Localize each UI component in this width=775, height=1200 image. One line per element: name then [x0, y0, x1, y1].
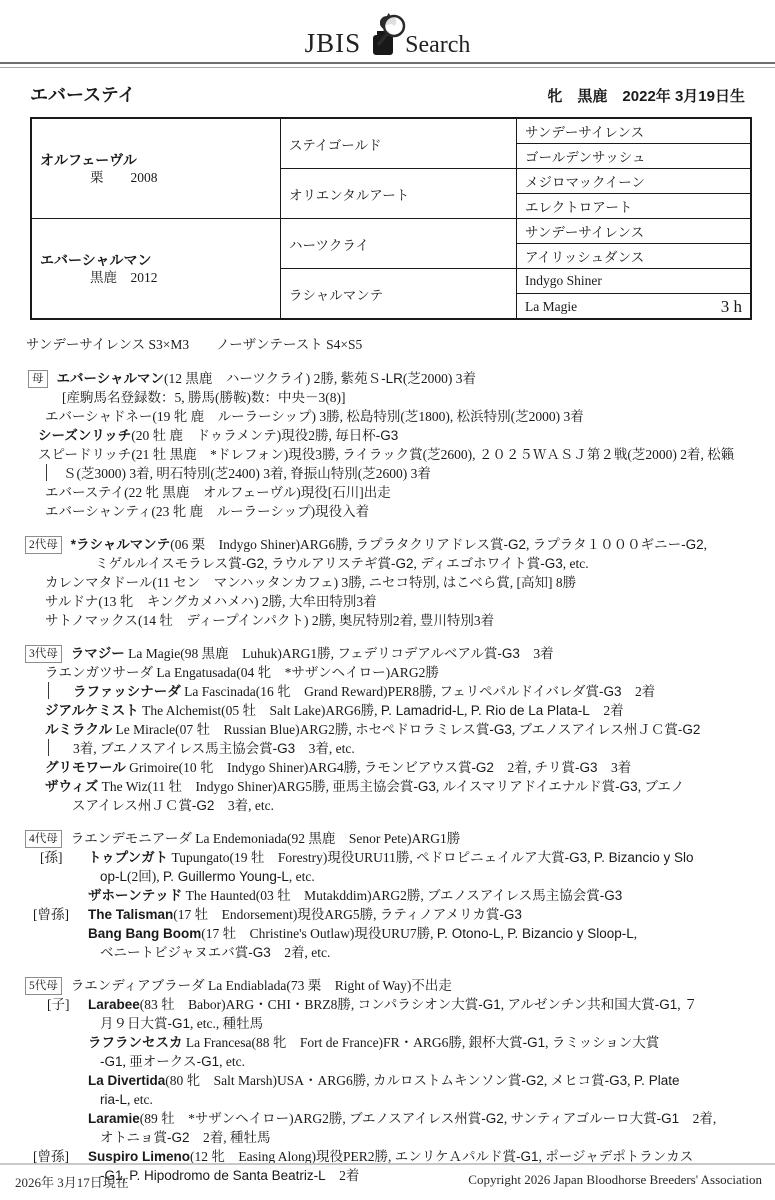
plain-text: La Magie(98 黒鹿 Luhuk)ARG1勝, — [125, 646, 338, 661]
pedigree-line: ザウィズ The Wiz(11 牡 Indygo Shiner)ARG5勝, 亜… — [0, 777, 775, 796]
race-or-name-text: P. Rio de La Plata-L — [471, 703, 590, 718]
race-or-name-text: ディエゴホワイト賞-G3 — [420, 556, 563, 571]
race-or-name-text: オトニョ賞-G2 — [100, 1130, 189, 1145]
plain-text: 2着, etc. — [271, 945, 331, 960]
gen3-cell: Indygo Shiner — [517, 269, 752, 294]
generation-label: 3代母 — [25, 645, 62, 663]
race-or-name-text: 紫苑Ｓ-LR — [341, 371, 403, 386]
pedigree-line: ルミラクル Le Miracle(07 牡 Russian Blue)ARG2勝… — [0, 720, 775, 739]
plain-text: エバーシャンティ(23 牝 鹿 ルーラーシップ)現役入着 — [45, 504, 369, 519]
race-or-name-text: アルゼンチン共和国大賞-G1 — [507, 997, 677, 1012]
horse-birth-info: 牝 黒鹿 2022年 3月19日生 — [547, 85, 745, 106]
plain-text: (80 牝 Salt Marsh)USA・ARG6勝, — [165, 1073, 373, 1088]
plain-text: , — [545, 1035, 552, 1050]
race-or-name-text: P. Plate — [634, 1073, 680, 1088]
race-or-name-text: フェリペパルドイバレダ賞-G3 — [439, 684, 621, 699]
plain-text: , — [512, 722, 519, 737]
horse-title: エバーステイ — [30, 81, 135, 107]
pedigree-line: ラファッシナーダ La Fascinada(16 牝 Grand Reward)… — [0, 682, 775, 701]
race-or-name-text: 明石特別 — [156, 466, 210, 481]
pedigree-line: カレンマタドール(11 セン マンハッタンカフェ) 3勝, ニセコ特別, はこべ… — [0, 573, 775, 592]
gen2-cell: オリエンタルアート — [281, 169, 517, 219]
footer-copyright: Copyright 2026 Japan Bloodhorse Breeders… — [468, 1172, 762, 1191]
plain-text: (06 栗 Indygo Shiner)ARG6勝, — [170, 537, 355, 552]
race-or-name-text: サトノマックス — [45, 613, 138, 628]
plain-text: (13 牝 キングカメハメハ) 2勝, — [98, 594, 289, 609]
inbreeding-line: サンデーサイレンス S3×M3 ノーザンテースト S4×S5 — [26, 333, 775, 353]
plain-text: , — [504, 1111, 511, 1126]
plain-text: , — [587, 850, 594, 865]
table-row: オルフェーヴル 栗 2008 ステイゴールド サンデーサイレンス — [31, 118, 751, 144]
pedigree-line: エバーシャンティ(23 牝 鹿 ルーラーシップ)現役入着 — [0, 502, 775, 521]
pedigree-line: 3着, ブエノスアイレス馬主協会賞-G3 3着, etc. — [0, 739, 775, 758]
horse-name: La Divertida — [88, 1073, 165, 1088]
pedigree-body: 母エバーシャルマン(12 黒鹿 ハーツクライ) 2勝, 紫苑Ｓ-LR(芝2000… — [0, 369, 775, 1185]
pedigree-line: エバーシャドネー(19 牝 鹿 ルーラーシップ) 3勝, 松島特別(芝1800)… — [0, 407, 775, 426]
pedigree-section: 4代母ラエンデモニアーダ La Endemoniada(92 黒鹿 Senor … — [0, 829, 775, 962]
table-row: エバーシャルマン 黒鹿 2012 ハーツクライ サンデーサイレンス — [31, 219, 751, 244]
race-or-name-text: ブエノ — [644, 779, 684, 794]
plain-text: The Haunted(03 牡 Mutakddim)ARG2勝, — [182, 888, 427, 903]
plain-text: (17 牡 Endorsement)現役ARG5勝, — [173, 907, 380, 922]
race-or-name-text: エンリケＡパルド賞-G1 — [395, 1149, 539, 1164]
jbis-logo-text: JBIS — [305, 30, 362, 57]
plain-text: (芝2000) 2着, — [627, 447, 707, 462]
race-or-name-text: ラミッション大賞 — [552, 1035, 659, 1050]
gen3-cell: エレクトロアート — [517, 194, 752, 219]
horse-name: Laramie — [88, 1111, 140, 1126]
plain-text: Le Miracle(07 牡 Russian Blue)ARG2勝, — [112, 722, 355, 737]
plain-text: (芝3000) 3着, — [77, 466, 157, 481]
plain-text: The Alchemist(05 牡 Salt Lake)ARG6勝, — [139, 703, 381, 718]
pedigree-line: スピードリッチ(21 牡 黒鹿 *ドレフォン)現役3勝, ライラック賞(芝260… — [0, 445, 775, 464]
pedigree-line: ベニートビジャヌエバ賞-G3 2着, etc. — [0, 943, 775, 962]
race-or-name-text: P. Bizancio y Slo — [594, 850, 694, 865]
plain-text: Tupungato(19 牡 Forestry)現役URU11勝, — [168, 850, 416, 865]
generation-label: 2代母 — [25, 536, 62, 554]
plain-text: The Wiz(11 牡 Indygo Shiner)ARG5勝, — [98, 779, 332, 794]
jbis-logo-search-icon — [367, 12, 409, 58]
plain-text: 3着 — [356, 594, 376, 609]
race-or-name-text: ブエノスアイレス州賞-G2 — [349, 1111, 504, 1126]
plain-text: (21 牡 黒鹿 *ドレフォン)現役3勝, — [131, 447, 342, 462]
footer: 2026年 3月17日現在 Copyright 2026 Japan Blood… — [0, 1163, 775, 1200]
gen3-cell: ゴールデンサッシュ — [517, 144, 752, 169]
plain-text: (12 黒鹿 ハーツクライ) 2勝, — [164, 371, 341, 386]
pedigree-line: ria-L, etc. — [0, 1090, 775, 1109]
plain-text: La Fascinada(16 牝 Grand Reward)PER8勝, — [181, 684, 440, 699]
dam-detail: 黒鹿 2012 — [40, 269, 272, 286]
pedigree-line: La Divertida(80 牝 Salt Marsh)USA・ARG6勝, … — [0, 1071, 775, 1090]
horse-name: エバーシャルマン — [57, 371, 164, 386]
pedigree-table: オルフェーヴル 栗 2008 ステイゴールド サンデーサイレンス ゴールデンサッ… — [30, 117, 752, 320]
race-or-name-text: ベニートビジャヌエバ賞-G3 — [100, 945, 271, 960]
plain-text: (芝2600) 3着 — [358, 466, 431, 481]
horse-name: *ラシャルマンテ — [71, 537, 170, 552]
plain-text: (芝2000) 3着 — [511, 409, 584, 424]
plain-text: , — [677, 997, 684, 1012]
pedigree-line: [子]Larabee(83 牡 Babor)ARG・CHI・BRZ8勝, コンパ… — [0, 995, 775, 1014]
horse-name: ラフランセスカ — [88, 1035, 183, 1050]
plain-text: 3着, etc. — [214, 798, 274, 813]
plain-text: 3着, — [73, 741, 100, 756]
plain-text: 3着 — [597, 760, 631, 775]
pedigree-line: サルドナ(13 牝 キングカメハメハ) 2勝, 大牟田特別3着 — [0, 592, 775, 611]
race-or-name-text: 亜馬主協会賞-G3 — [332, 779, 436, 794]
race-or-name-text: フェデリコデアルベアル賞-G3 — [337, 646, 519, 661]
race-or-name-text: ラウルアリステギ賞-G2 — [271, 556, 414, 571]
pedigree-line: Ｓ(芝3000) 3着, 明石特別(芝2400) 3着, 脊振山特別(芝2600… — [0, 464, 775, 483]
race-or-name-text: ブエノスアイレス州ＪＣ賞-G2 — [519, 722, 701, 737]
pedigree-line: [曾孫]The Talisman(17 牡 Endorsement)現役ARG5… — [0, 905, 775, 924]
pedigree-section: 2代母*ラシャルマンテ(06 栗 Indygo Shiner)ARG6勝, ラプ… — [0, 535, 775, 630]
pedigree-line: ジアルケミスト The Alchemist(05 牡 Salt Lake)ARG… — [0, 701, 775, 720]
plain-text: , etc., 種牡馬 — [190, 1016, 263, 1031]
pedigree-line: オトニョ賞-G2 2着, 種牡馬 — [0, 1128, 775, 1147]
cell-note: 3 h — [721, 298, 742, 315]
pedigree-line: op-L(2回), P. Guillermo Young-L, etc. — [0, 867, 775, 886]
race-or-name-text: 亜オークス-G1 — [129, 1054, 219, 1069]
race-or-name-text: -G1 — [100, 1054, 123, 1069]
race-or-name-text: チリ賞-G3 — [534, 760, 597, 775]
race-or-name-text: ルイスマリアドイエナルド賞-G3 — [443, 779, 638, 794]
relation-label: [子] — [47, 995, 88, 1014]
pedigree-line: サトノマックス(14 牡 ディープインパクト) 2勝, 奥尻特別2着, 豊川特別… — [0, 611, 775, 630]
plain-text: , — [544, 1073, 551, 1088]
plain-text: , — [627, 1073, 634, 1088]
sire-name: オルフェーヴル — [40, 152, 272, 169]
plain-text: (芝2600), — [423, 447, 479, 462]
plain-text: (17 牡 Christine's Outlaw)現役URU7勝, — [201, 926, 437, 941]
gen3-cell: メジロマックイーン — [517, 169, 752, 194]
race-or-name-text: ニセコ特別 — [369, 575, 437, 590]
pedigree-line: 月９日大賞-G1, etc., 種牡馬 — [0, 1014, 775, 1033]
plain-text: (芝1800), — [400, 409, 456, 424]
gen3-name: La Magie — [525, 299, 577, 315]
pedigree-line: Laramie(89 牡 *サザンヘイロー)ARG2勝, ブエノスアイレス州賞-… — [0, 1109, 775, 1128]
plain-text: , etc. — [219, 1054, 245, 1069]
race-or-name-text: ria-L — [100, 1092, 127, 1107]
plain-text: Grimoire(10 牝 Indygo Shiner)ARG4勝, — [126, 760, 364, 775]
gen3-cell: La Magie 3 h — [517, 294, 752, 320]
plain-text: 2着 — [622, 684, 656, 699]
pedigree-section: 母エバーシャルマン(12 黒鹿 ハーツクライ) 2勝, 紫苑Ｓ-LR(芝2000… — [0, 369, 775, 521]
race-or-name-text: ラプラタクリアドレス賞-G2 — [355, 537, 525, 552]
race-or-name-text: 脊振山特別 — [290, 466, 358, 481]
gen2-cell: ラシャルマンテ — [281, 269, 517, 320]
plain-text: (芝2000) 3着 — [403, 371, 476, 386]
plain-text: 2着, — [494, 760, 535, 775]
horse-name: ラマジー — [71, 646, 125, 661]
race-or-name-text: P. Bizancio y Sloop-L — [507, 926, 634, 941]
plain-text: ラエンデモニアーダ La Endemoniada(92 黒鹿 Senor Pet… — [71, 831, 461, 846]
pedigree-section: 3代母ラマジー La Magie(98 黒鹿 Luhuk)ARG1勝, フェデリ… — [0, 644, 775, 815]
horse-name: グリモワール — [45, 760, 126, 775]
dam-name: エバーシャルマン — [40, 252, 272, 269]
horse-name: ザウィズ — [45, 779, 98, 794]
plain-text: (14 牡 ディープインパクト) 2勝, — [138, 613, 339, 628]
pedigree-line: ラフランセスカ La Francesa(88 牝 Fort de France)… — [0, 1033, 775, 1052]
horse-name: ジアルケミスト — [45, 703, 139, 718]
gen3-cell: アイリッシュダンス — [517, 244, 752, 269]
plain-text: , — [264, 556, 271, 571]
plain-text: (芝2400) 3着, — [210, 466, 290, 481]
race-or-name-text: カレンマタドール — [45, 575, 152, 590]
plain-text: ラエンディアブラーダ La Endiablada(73 栗 Right of W… — [71, 978, 452, 993]
dam-cell: エバーシャルマン 黒鹿 2012 — [31, 219, 281, 320]
pedigree-line: 3代母ラマジー La Magie(98 黒鹿 Luhuk)ARG1勝, フェデリ… — [0, 644, 775, 663]
pedigree-line: Bang Bang Boom(17 牡 Christine's Outlaw)現… — [0, 924, 775, 943]
plain-text: 2着, 種牡馬 — [189, 1130, 270, 1145]
generation-label: 母 — [28, 370, 48, 388]
pedigree-line: シーズンリッチ(20 牡 鹿 ドゥラメンテ)現役2勝, 毎日杯-G3 — [0, 426, 775, 445]
jbis-logo: JBIS Search — [0, 0, 775, 57]
plain-text: , etc. — [289, 869, 315, 884]
plain-text: , etc. — [563, 556, 589, 571]
horse-name: Bang Bang Boom — [88, 926, 201, 941]
pedigree-line: 5代母ラエンディアブラーダ La Endiablada(73 栗 Right o… — [0, 976, 775, 995]
magnifier-lens-icon — [384, 16, 404, 36]
pedigree-line: ミゲルルイスモラレス賞-G2, ラウルアリステギ賞-G2, ディエゴホワイト賞-… — [0, 554, 775, 573]
sire-cell: オルフェーヴル 栗 2008 — [31, 118, 281, 219]
race-or-name-text: ブエノスアイレス馬主協会賞-G3 — [427, 888, 622, 903]
generation-label: 4代母 — [25, 830, 62, 848]
plain-text: , etc. — [127, 1092, 153, 1107]
horse-name: The Talisman — [88, 907, 173, 922]
race-or-name-text: ミゲルルイスモラレス賞-G2 — [95, 556, 264, 571]
plain-text: 2着, — [393, 613, 420, 628]
relation-label: [曾孫] — [33, 905, 88, 924]
horse-name: ザホーンテッド — [88, 888, 182, 903]
race-or-name-text: スアイレス州ＪＣ賞-G2 — [72, 798, 214, 813]
race-or-name-text: ラティノアメリカ賞-G3 — [380, 907, 522, 922]
plain-text: (20 牡 鹿 ドゥラメンテ)現役2勝, — [131, 428, 335, 443]
race-or-name-text: ライラック賞 — [342, 447, 422, 462]
horse-name: トゥプンガト — [88, 850, 168, 865]
horse-name: Suspiro Limeno — [88, 1149, 190, 1164]
race-or-name-text: ラモンビアウス賞-G2 — [364, 760, 494, 775]
gen2-cell: ステイゴールド — [281, 118, 517, 169]
tree-branch-line — [48, 739, 73, 756]
race-or-name-text: メヒコ賞-G3 — [551, 1073, 628, 1088]
plain-text: La Francesa(88 牝 Fort de France)FR・ARG6勝… — [183, 1035, 469, 1050]
generation-label: 5代母 — [25, 977, 62, 995]
horse-name: シーズンリッチ — [38, 428, 131, 443]
plain-text: (83 牡 Babor)ARG・CHI・BRZ8勝, — [140, 997, 358, 1012]
pedigree-line: [孫]トゥプンガト Tupungato(19 牡 Forestry)現役URU1… — [0, 848, 775, 867]
race-or-name-text: 松籟 — [707, 447, 734, 462]
race-or-name-text: 松島特別 — [346, 409, 400, 424]
race-or-name-text: 毎日杯-G3 — [335, 428, 398, 443]
race-or-name-text: 奥尻特別 — [339, 613, 393, 628]
tree-branch-line — [48, 682, 73, 699]
race-or-name-text: ペドロピニェイルア大賞-G3 — [416, 850, 587, 865]
plain-text: (12 牝 Easing Along)現役PER2勝, — [190, 1149, 395, 1164]
race-or-name-text: サンティアゴルーロ大賞-G1 — [511, 1111, 680, 1126]
relation-label: [孫] — [40, 848, 88, 867]
jbis-logo-search-text: Search — [405, 33, 470, 57]
plain-text: 3着 — [474, 613, 494, 628]
race-or-name-text: コンパラシオン大賞-G1 — [358, 997, 501, 1012]
plain-text: , [高知] 8勝 — [510, 575, 576, 590]
race-or-name-text: スピードリッチ — [38, 447, 131, 462]
gen3-cell: サンデーサイレンス — [517, 118, 752, 144]
race-or-name-text: サルドナ — [45, 594, 98, 609]
race-or-name-text: 大牟田特別 — [289, 594, 357, 609]
race-or-name-text: P. Guillermo Young-L — [163, 869, 289, 884]
race-or-name-text: ７ — [684, 997, 698, 1012]
gen3-cell: サンデーサイレンス — [517, 219, 752, 244]
plain-text: 3着 — [520, 646, 554, 661]
pedigree-section: 5代母ラエンディアブラーダ La Endiablada(73 栗 Right o… — [0, 976, 775, 1185]
plain-text: (2回), — [127, 869, 163, 884]
race-or-name-text: はこべら賞 — [443, 575, 510, 590]
race-or-name-text: P. Lamadrid-L — [381, 703, 464, 718]
race-or-name-text: 松浜特別 — [457, 409, 511, 424]
pedigree-line: ラエンガツサーダ La Engatusada(04 牝 *サザンヘイロー)ARG… — [0, 663, 775, 682]
plain-text: ラエンガツサーダ La Engatusada(04 牝 *サザンヘイロー)ARG… — [45, 665, 439, 680]
plain-text: エバーシャドネー(19 牝 鹿 ルーラーシップ) 3勝, — [45, 409, 346, 424]
race-or-name-text: ホセペドロラミレス賞-G3 — [355, 722, 512, 737]
pedigree-line: [産駒馬名登録数：5, 勝馬(勝鞍)数：中央－3(8)] — [0, 388, 775, 407]
pedigree-report-page: JBIS Search エバーステイ 牝 黒鹿 2022年 3月19日生 オルフ… — [0, 0, 775, 1200]
race-or-name-text: P. Otono-L — [437, 926, 501, 941]
race-or-name-text: 豊川特別 — [420, 613, 474, 628]
plain-text: 2着 — [590, 703, 624, 718]
race-or-name-text: カルロストムキンソン賞-G2 — [373, 1073, 544, 1088]
plain-text: エバーステイ(22 牝 黒鹿 オルフェーヴル)現役[石川]出走 — [45, 485, 391, 500]
plain-text: [産駒馬名登録数：5, 勝馬(勝鞍)数：中央－3(8)] — [62, 390, 345, 405]
pedigree-line: エバーステイ(22 牝 黒鹿 オルフェーヴル)現役[石川]出走 — [0, 483, 775, 502]
race-or-name-text: 銀杯大賞-G1 — [469, 1035, 546, 1050]
plain-text: , — [526, 537, 533, 552]
plain-text: (11 セン マンハッタンカフェ) 3勝, — [152, 575, 368, 590]
footer-date: 2026年 3月17日現在 — [15, 1172, 129, 1191]
horse-name: Larabee — [88, 997, 140, 1012]
sire-detail: 栗 2008 — [40, 169, 272, 186]
horse-name: ラファッシナーダ — [73, 684, 181, 699]
pedigree-line: スアイレス州ＪＣ賞-G2 3着, etc. — [0, 796, 775, 815]
race-or-name-text: Ｓ — [63, 466, 77, 481]
race-or-name-text: ブエノスアイレス馬主協会賞-G3 — [100, 741, 295, 756]
title-row: エバーステイ 牝 黒鹿 2022年 3月19日生 — [0, 68, 775, 107]
race-or-name-text: ポージャデポトランカス — [545, 1149, 693, 1164]
pedigree-line: ザホーンテッド The Haunted(03 牡 Mutakddim)ARG2勝… — [0, 886, 775, 905]
race-or-name-text: ２０２５ＷＡＳＪ第２戦 — [479, 447, 628, 462]
plain-text: (89 牡 *サザンヘイロー)ARG2勝, — [140, 1111, 349, 1126]
pedigree-line: 母エバーシャルマン(12 黒鹿 ハーツクライ) 2勝, 紫苑Ｓ-LR(芝2000… — [0, 369, 775, 388]
pedigree-line: 4代母ラエンデモニアーダ La Endemoniada(92 黒鹿 Senor … — [0, 829, 775, 848]
plain-text: , — [704, 537, 707, 552]
plain-text: 2着, — [679, 1111, 716, 1126]
pedigree-line: -G1, 亜オークス-G1, etc. — [0, 1052, 775, 1071]
plain-text: , — [436, 779, 443, 794]
pedigree-line: 2代母*ラシャルマンテ(06 栗 Indygo Shiner)ARG6勝, ラプ… — [0, 535, 775, 554]
plain-text: 3着, etc. — [295, 741, 355, 756]
gen2-cell: ハーツクライ — [281, 219, 517, 269]
tree-branch-line — [46, 464, 63, 481]
horse-name: ルミラクル — [45, 722, 112, 737]
race-or-name-text: op-L — [100, 869, 127, 884]
plain-text: , — [436, 575, 443, 590]
race-or-name-text: ラプラタ１０００ギニー-G2 — [533, 537, 704, 552]
pedigree-line: グリモワール Grimoire(10 牝 Indygo Shiner)ARG4勝… — [0, 758, 775, 777]
plain-text: , — [464, 703, 471, 718]
race-or-name-text: 月９日大賞-G1 — [100, 1016, 190, 1031]
plain-text: , — [634, 926, 637, 941]
